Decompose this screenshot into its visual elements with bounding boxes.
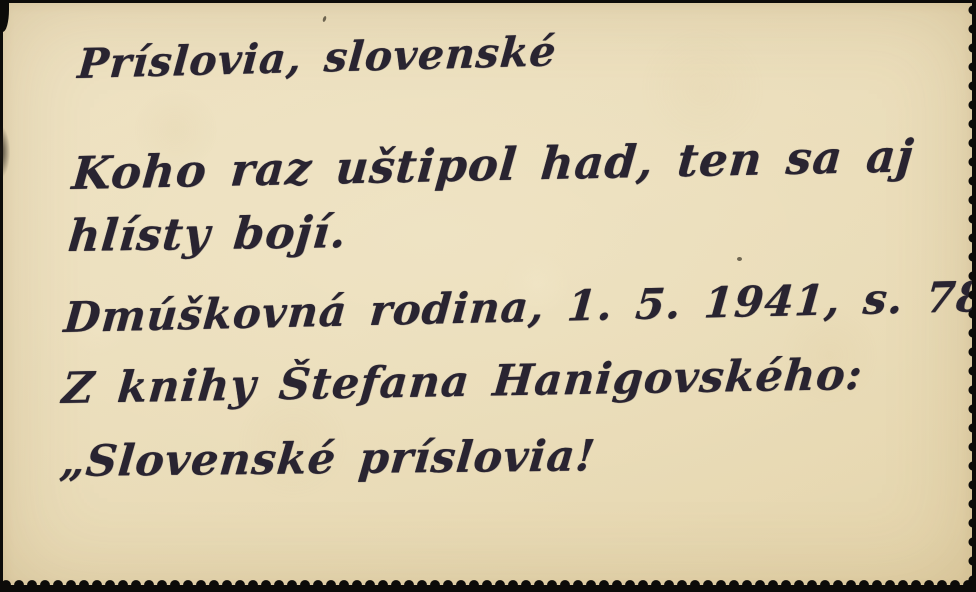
paper-speck — [497, 457, 500, 460]
paper-speck — [737, 257, 742, 261]
book-author-line: Z knihy Štefana Hanigovského: — [60, 350, 865, 414]
edge-smudge — [0, 126, 10, 178]
perforation-edge-bottom — [0, 576, 976, 592]
paper-card: Príslovia, slovenské Koho raz uštipol ha… — [0, 0, 976, 592]
source-citation-line: Dmúškovná rodina, 1. 5. 1941, s. 78. — [62, 272, 976, 342]
proverb-line-2: hlísty bojí. — [66, 207, 349, 262]
perforation-edge-right — [964, 0, 976, 592]
card-edge-left — [0, 0, 3, 592]
scanned-card-background: Príslovia, slovenské Koho raz uštipol ha… — [0, 0, 976, 592]
card-edge-top — [0, 0, 976, 3]
card-heading-line: Príslovia, slovenské — [76, 27, 558, 88]
book-title-line: „Slovenské príslovia! — [58, 431, 598, 487]
paper-speck — [322, 16, 327, 23]
proverb-line-1: Koho raz uštipol had, ten sa aj — [70, 129, 916, 200]
